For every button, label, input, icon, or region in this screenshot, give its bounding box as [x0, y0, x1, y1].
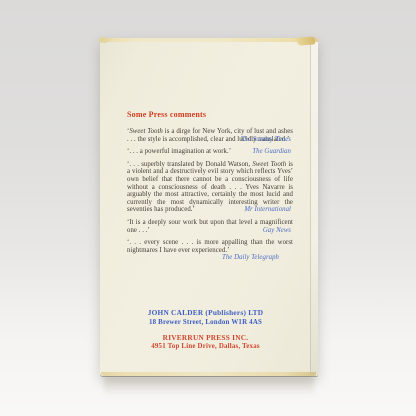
publisher-name: RIVERRUN PRESS INC.	[100, 333, 311, 343]
press-comments-heading: Some Press comments	[127, 110, 293, 119]
page-edge	[310, 40, 318, 375]
worn-corner-top-right	[297, 36, 316, 45]
publisher-name: JOHN CALDER (Publishers) LTD	[100, 308, 311, 318]
publisher-address: 4951 Top Line Drive, Dallas, Texas	[100, 342, 311, 351]
worn-bottom-edge	[101, 372, 316, 376]
book-back-cover: Some Press comments ‘Sweet Tooth is a di…	[100, 38, 318, 376]
quote-attribution: Gay News	[127, 227, 293, 235]
publisher-group: RIVERRUN PRESS INC.4951 Top Line Drive, …	[100, 333, 311, 352]
press-quote: ‘It is a deeply sour work but upon that …	[127, 219, 293, 234]
book-title-italic: Sweet Tooth	[252, 161, 286, 168]
publisher-group: JOHN CALDER (Publishers) LTD18 Brewer St…	[100, 308, 311, 327]
press-quote: ‘Sweet Tooth is a dirge for New York, ci…	[127, 128, 293, 143]
press-quote: ‘. . . every scene . . . is more appalli…	[127, 239, 293, 262]
quote-text-segment: ‘. . . every scene . . . is more appalli…	[127, 239, 293, 254]
book-reflection	[104, 377, 314, 397]
press-quotes-list: ‘Sweet Tooth is a dirge for New York, ci…	[127, 128, 293, 262]
worn-top-edge	[100, 38, 318, 42]
worn-corner-top-left	[99, 37, 107, 43]
quote-attribution: The Daily Telegraph	[127, 254, 293, 262]
quote-text-segment: ‘. . . superbly translated by Donald Wat…	[127, 161, 252, 168]
photo-background: Some Press comments ‘Sweet Tooth is a di…	[0, 0, 416, 416]
publisher-imprint-block: JOHN CALDER (Publishers) LTD18 Brewer St…	[100, 308, 311, 357]
book-title-italic: Sweet Tooth	[129, 128, 163, 135]
press-comments-section: Some Press comments ‘Sweet Tooth is a di…	[127, 110, 293, 267]
press-quote: ‘. . . superbly translated by Donald Wat…	[127, 161, 293, 214]
quote-text-segment: ‘. . . a powerful imagination at work.’	[127, 148, 231, 155]
publisher-address: 18 Brewer Street, London W1R 4AS	[100, 318, 311, 327]
press-quote: ‘. . . a powerful imagination at work.’T…	[127, 148, 293, 156]
